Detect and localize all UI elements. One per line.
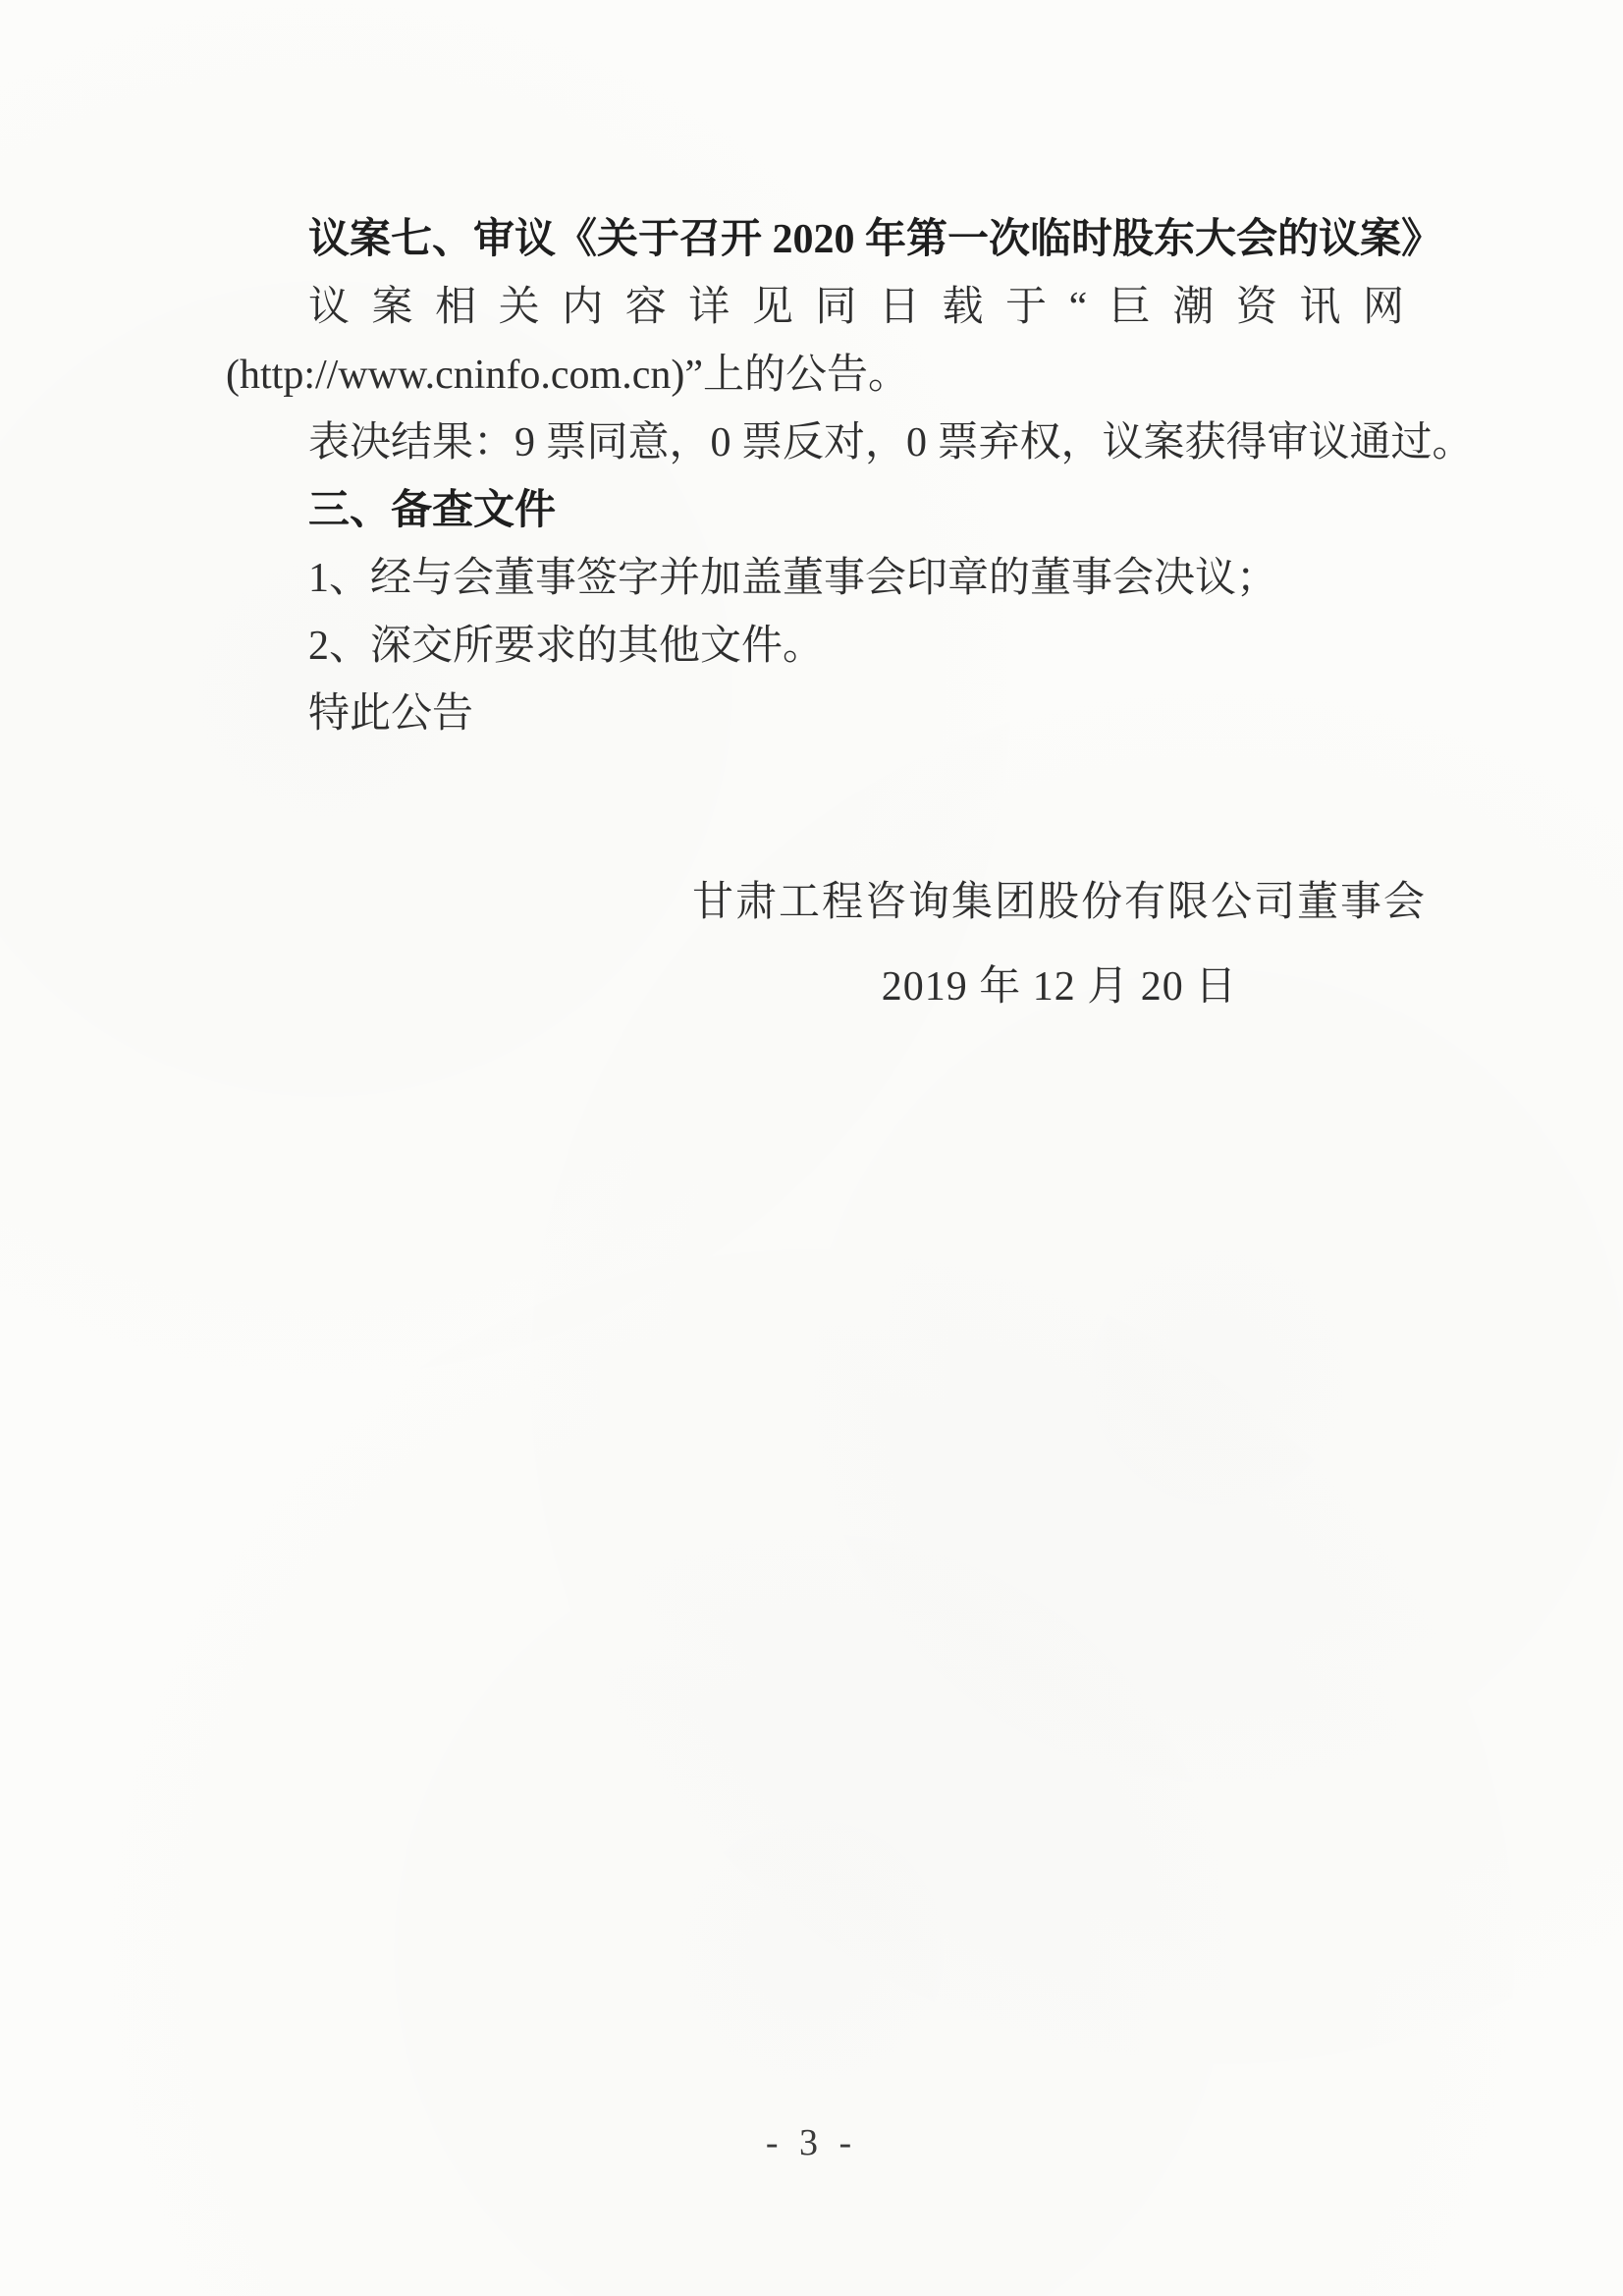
announcement-closing-line: 特此公告: [226, 681, 1404, 748]
signature-block: 甘肃工程咨询集团股份有限公司董事会 2019 年 12 月 20 日: [692, 877, 1427, 1011]
reference-document-item-2: 2、深交所要求的其他文件。: [226, 613, 1404, 681]
page-number: - 3 -: [0, 2121, 1623, 2164]
scanned-document-page: 议案七、审议《关于召开 2020 年第一次临时股东大会的议案》 议案相关内容详见…: [0, 0, 1623, 2296]
section-three-heading: 三、备查文件: [226, 477, 1404, 545]
proposal-detail-line-2-url: (http://www.cninfo.com.cn)”上的公告。: [226, 342, 1404, 410]
proposal-seven-heading: 议案七、审议《关于召开 2020 年第一次临时股东大会的议案》: [226, 206, 1404, 274]
voting-result-line: 表决结果：9 票同意，0 票反对，0 票弃权，议案获得审议通过。: [226, 410, 1404, 477]
proposal-detail-line-1: 议案相关内容详见同日载于“巨潮资讯网: [226, 274, 1404, 342]
reference-document-item-1: 1、经与会董事签字并加盖董事会印章的董事会决议；: [226, 545, 1404, 613]
signature-company-name: 甘肃工程咨询集团股份有限公司董事会: [692, 877, 1427, 928]
document-body: 议案七、审议《关于召开 2020 年第一次临时股东大会的议案》 议案相关内容详见…: [226, 206, 1404, 748]
signature-date: 2019 年 12 月 20 日: [692, 963, 1427, 1011]
